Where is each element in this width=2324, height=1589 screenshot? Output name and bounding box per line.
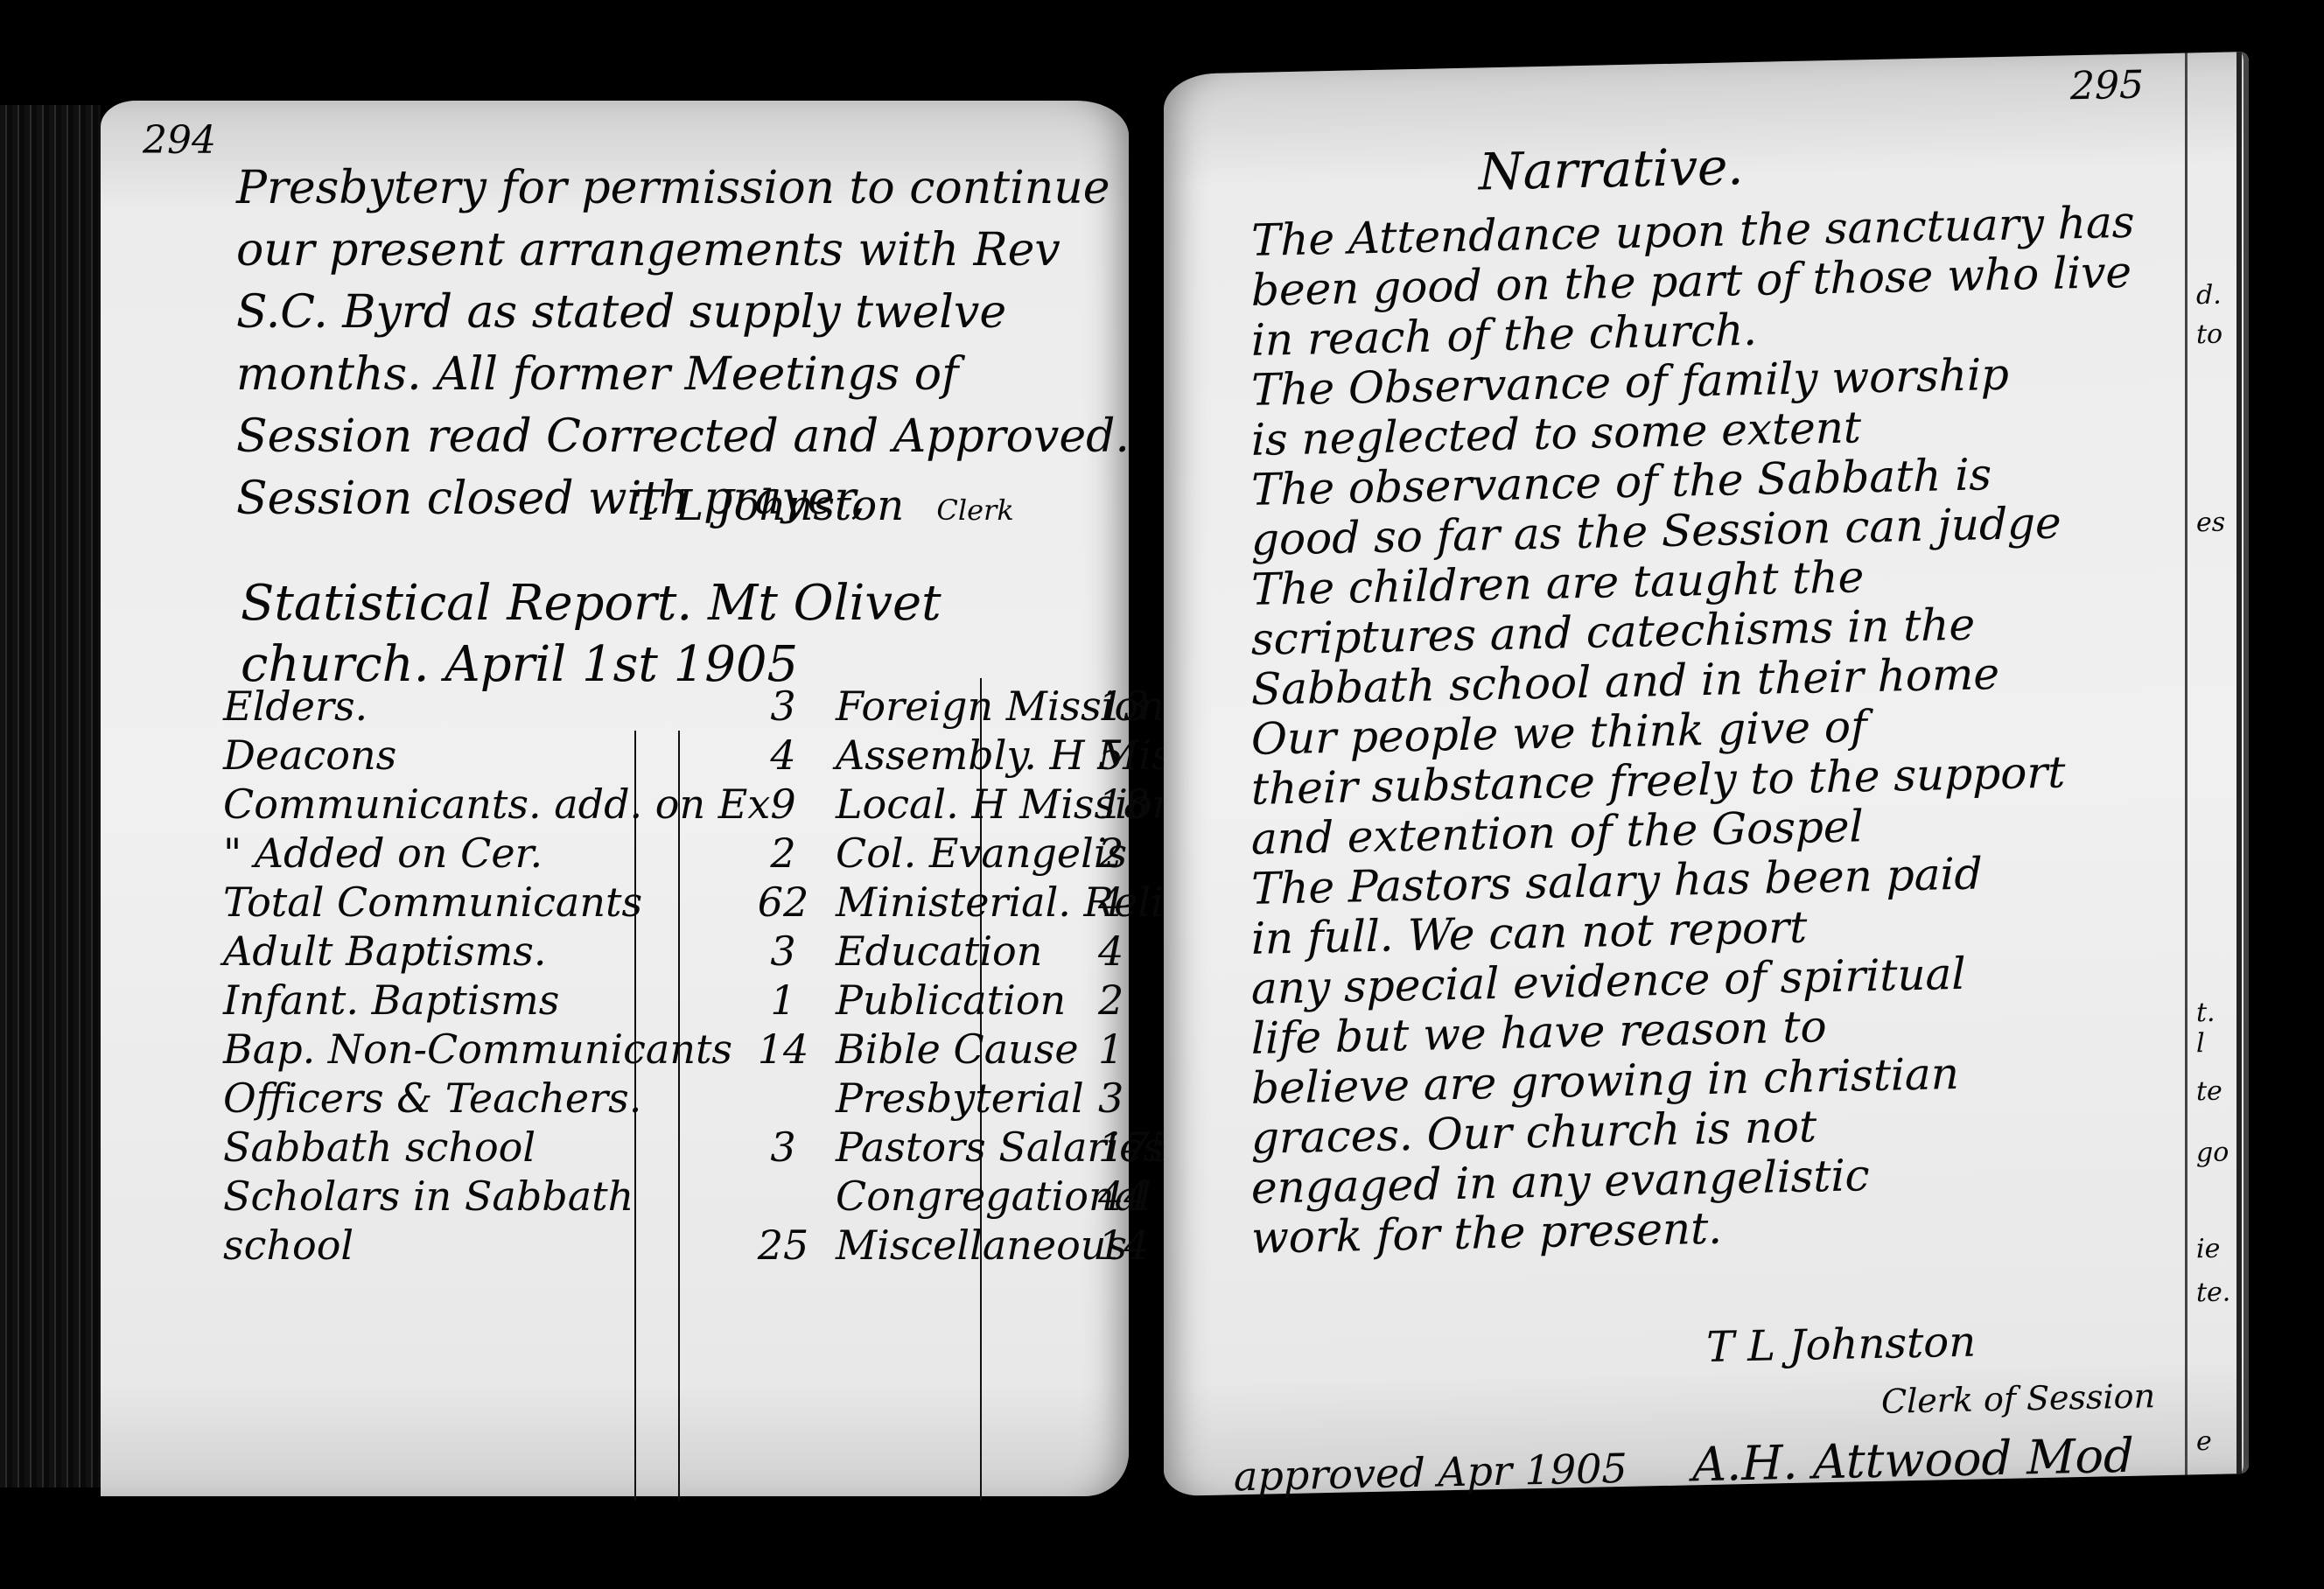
clerk-signature-right: T L Johnston Clerk of Session: [1706, 1313, 2155, 1424]
stat-label: Elders.: [223, 682, 367, 730]
stat-value: 1: [757, 976, 809, 1024]
stat-value: 3: [757, 682, 809, 730]
table-row: Total Communicants 62 Ministerial. Relie…: [223, 878, 1133, 927]
stat-value: 25: [757, 1221, 809, 1269]
page-number-right: 295: [2070, 63, 2144, 109]
signature-role: Clerk of Session: [1881, 1376, 2155, 1421]
narrative-section: Narrative. The Attendance upon the sanct…: [1251, 129, 2134, 1263]
contribution-value: 4: [1098, 878, 1168, 926]
contribution-label: Publication: [836, 976, 1066, 1024]
table-row: Deacons 4 Assembly. H Mis 5: [223, 731, 1133, 780]
minutes-line: Presbytery for permission to continue: [236, 162, 1130, 224]
margin-fragment: te.: [2196, 1277, 2230, 1308]
right-page: 295 Narrative. The Attendance upon the s…: [1164, 52, 2249, 1496]
table-row: Communicants. add. on Ex 9 Local. H Miss…: [223, 780, 1133, 829]
contribution-label: Education: [836, 927, 1042, 975]
signature-name: T L Johnston: [1706, 1313, 2155, 1372]
stat-value: 14: [757, 1025, 809, 1073]
stat-value: 9: [757, 780, 809, 828]
table-row: school 25 Miscellaneous 14: [223, 1221, 1133, 1270]
left-page: 294 Presbytery for permission to continu…: [101, 101, 1129, 1496]
contribution-label: Bible Cause: [836, 1025, 1079, 1073]
margin-fragment: e: [2196, 1426, 2212, 1457]
margin-fragment: es: [2196, 507, 2225, 539]
contribution-value: 13: [1098, 682, 1168, 730]
stat-label: Communicants. add. on Ex: [223, 780, 770, 828]
stat-label: Deacons: [223, 731, 396, 779]
table-row: Adult Baptisms. 3 Education 4: [223, 927, 1133, 976]
contribution-value: 14: [1098, 1221, 1168, 1269]
contribution-value: 5: [1098, 731, 1168, 779]
stat-value: 3: [757, 927, 809, 975]
report-title-line1: Statistical Report. Mt Olivet: [241, 573, 941, 634]
margin-fragment: d.: [2196, 280, 2222, 311]
margin-fragment: to: [2196, 319, 2222, 351]
approval-text: approved Apr 1905: [1234, 1445, 1627, 1500]
contribution-value: 2: [1098, 829, 1168, 877]
contribution-value: 18: [1098, 780, 1168, 828]
table-row: Officers & Teachers. Presbyterial 3: [223, 1074, 1133, 1123]
clerk-signature-left: T L Johnston Clerk: [634, 481, 1014, 530]
table-row: Sabbath school 3 Pastors Salaries 175: [223, 1123, 1133, 1172]
book-binding-left: [0, 105, 101, 1487]
table-row: Scholars in Sabbath Congregational 44: [223, 1172, 1133, 1221]
contribution-value: 175: [1098, 1123, 1168, 1171]
table-row: Elders. 3 Foreign Missions 13: [223, 682, 1133, 731]
stat-label: Infant. Baptisms: [223, 976, 559, 1024]
table-row: Bap. Non-Communicants 14 Bible Cause 1: [223, 1025, 1133, 1074]
table-row: Infant. Baptisms 1 Publication 2: [223, 976, 1133, 1025]
signature-name: T L Johnston: [634, 481, 904, 530]
margin-fragment: ie: [2196, 1234, 2220, 1265]
stat-label: Total Communicants: [223, 878, 642, 926]
minutes-line: months. All former Meetings of: [236, 348, 1130, 410]
contribution-value: 44: [1098, 1172, 1168, 1220]
contribution-label: Col. Evangelis: [836, 829, 1127, 877]
margin-fragment: go: [2196, 1137, 2229, 1169]
contribution-value: 2: [1098, 976, 1168, 1024]
stat-label: Bap. Non-Communicants: [223, 1025, 732, 1073]
contribution-label: Presbyterial: [836, 1074, 1084, 1122]
signature-role: Clerk: [936, 493, 1013, 527]
stat-value: 3: [757, 1123, 809, 1171]
stat-label: Scholars in Sabbath: [223, 1172, 633, 1220]
stat-label: " Added on Cer.: [223, 829, 542, 877]
margin-fragment: te: [2196, 1076, 2222, 1108]
minutes-line: S.C. Byrd as stated supply twelve: [236, 286, 1130, 348]
stat-label: Officers & Teachers.: [223, 1074, 641, 1122]
minutes-line: our present arrangements with Rev: [236, 224, 1130, 286]
margin-fragment: l: [2196, 1028, 2205, 1059]
page-number-left: 294: [143, 118, 216, 163]
stat-value: 2: [757, 829, 809, 877]
stat-value: 4: [757, 731, 809, 779]
margin-fragment: t.: [2196, 997, 2215, 1028]
contribution-value: 3: [1098, 1074, 1168, 1122]
stat-label: school: [223, 1221, 353, 1269]
contribution-value: 1: [1098, 1025, 1168, 1073]
contribution-label: Miscellaneous: [836, 1221, 1127, 1269]
contribution-value: 4: [1098, 927, 1168, 975]
table-row: " Added on Cer. 2 Col. Evangelis 2: [223, 829, 1133, 878]
minutes-line: Session read Corrected and Approved.: [236, 410, 1130, 472]
session-minutes: Presbytery for permission to continue ou…: [236, 162, 1130, 535]
stat-value: 62: [757, 878, 809, 926]
statistical-report-table: Elders. 3 Foreign Missions 13 Deacons 4 …: [223, 682, 1133, 1270]
stat-label: Sabbath school: [223, 1123, 535, 1171]
moderator-signature: A.H. Attwood Mod: [1692, 1428, 2133, 1493]
presbytery-approval: approved Apr 1905 A.H. Attwood Mod: [1234, 1428, 2134, 1502]
margin-fragments: d. to es t. l te go ie te. e: [2189, 52, 2233, 52]
stat-label: Adult Baptisms.: [223, 927, 546, 975]
statistical-report-title: Statistical Report. Mt Olivet church. Ap…: [241, 573, 941, 696]
